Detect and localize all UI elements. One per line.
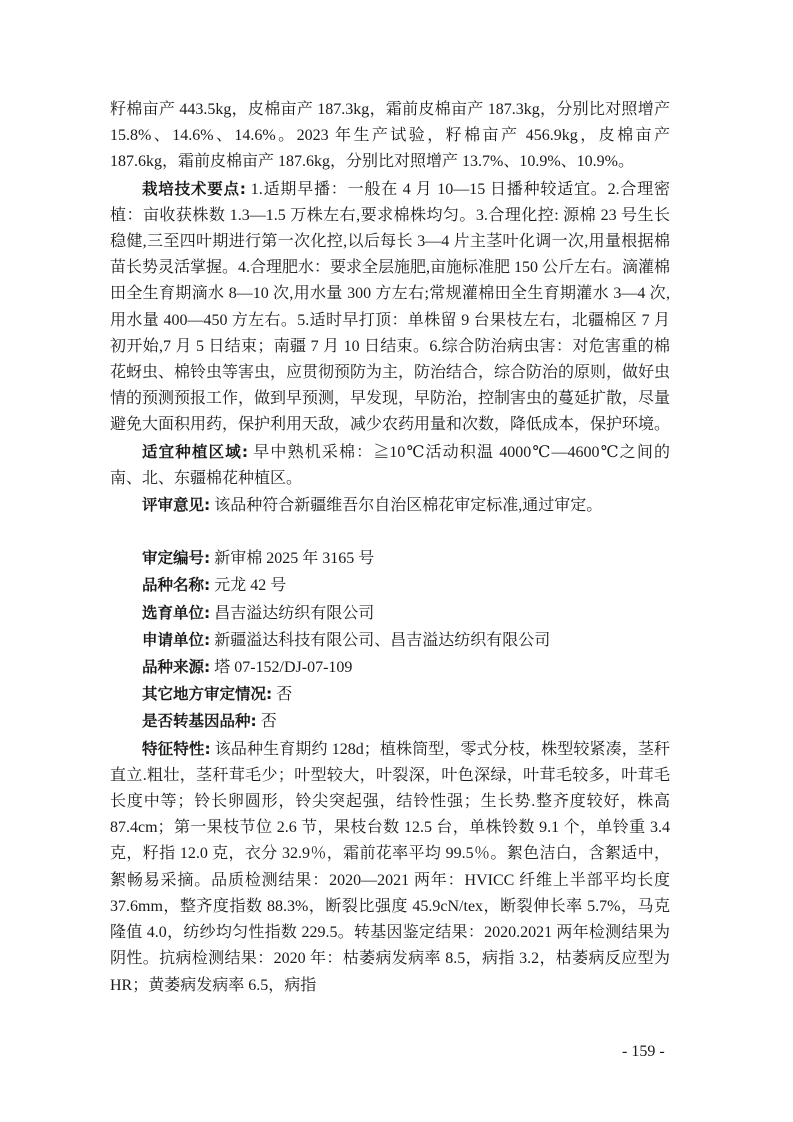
field-label: 选育单位:	[142, 604, 210, 622]
field-label: 品种名称:	[142, 576, 210, 594]
field-breeding-unit: 选育单位: 昌吉溢达纺织有限公司	[110, 600, 670, 627]
field-label: 是否转基因品种:	[142, 712, 257, 730]
field-variety-name: 品种名称: 元龙 42 号	[110, 572, 670, 599]
page-number: - 159 -	[622, 1043, 665, 1061]
field-applicant: 申请单位: 新疆溢达科技有限公司、昌吉溢达纺织有限公司	[110, 627, 670, 654]
field-variety-source: 品种来源: 塔 07-152/DJ-07-109	[110, 654, 670, 681]
characteristics-text: 该品种生育期约 128d；植株筒型，零式分枝，株型较紧凑，茎秆直立.粗壮，茎秆茸…	[110, 741, 670, 994]
section-gap	[110, 519, 670, 545]
variety-fields: 审定编号: 新审棉 2025 年 3165 号 品种名称: 元龙 42 号 选育…	[110, 545, 670, 735]
review-paragraph: 评审意见: 该品种符合新疆维吾尔自治区棉花审定标准,通过审定。	[110, 492, 670, 519]
field-label: 其它地方审定情况:	[142, 685, 272, 703]
characteristics-paragraph: 特征特性: 该品种生育期约 128d；植株筒型，零式分枝，株型较紧凑，茎秆直立.…	[110, 736, 670, 999]
field-label: 审定编号:	[142, 549, 210, 567]
cultivation-paragraph: 栽培技术要点: 1.适期早播：一般在 4 月 10—15 日播种较适宜。2.合理…	[110, 176, 670, 439]
field-value: 元龙 42 号	[214, 577, 286, 594]
field-value: 否	[276, 686, 292, 703]
review-text: 该品种符合新疆维吾尔自治区棉花审定标准,通过审定。	[210, 497, 602, 514]
field-value: 新疆溢达科技有限公司、昌吉溢达纺织有限公司	[214, 632, 550, 649]
region-label: 适宜种植区域:	[142, 443, 248, 461]
characteristics-label: 特征特性:	[142, 740, 211, 758]
field-value: 昌吉溢达纺织有限公司	[214, 605, 374, 622]
cultivation-label: 栽培技术要点:	[142, 180, 246, 198]
field-label: 申请单位:	[142, 631, 210, 649]
yield-paragraph: 籽棉亩产 443.5kg，皮棉亩产 187.3kg，霜前皮棉亩产 187.3kg…	[110, 97, 670, 176]
field-label: 品种来源:	[142, 658, 210, 676]
region-paragraph: 适宜种植区域: 早中熟机采棉：≧10℃活动积温 4000℃—4600℃之间的南、…	[110, 439, 670, 492]
field-value: 塔 07-152/DJ-07-109	[214, 659, 352, 676]
document-page: 籽棉亩产 443.5kg，皮棉亩产 187.3kg，霜前皮棉亩产 187.3kg…	[110, 97, 670, 999]
field-value: 否	[261, 713, 277, 730]
cultivation-text: 1.适期早播：一般在 4 月 10—15 日播种较适宜。2.合理密植：亩收获株数…	[110, 181, 670, 434]
field-approval-number: 审定编号: 新审棉 2025 年 3165 号	[110, 545, 670, 572]
field-other-approvals: 其它地方审定情况: 否	[110, 681, 670, 708]
field-value: 新审棉 2025 年 3165 号	[214, 550, 374, 567]
review-label: 评审意见:	[142, 496, 210, 514]
field-transgenic: 是否转基因品种: 否	[110, 708, 670, 735]
